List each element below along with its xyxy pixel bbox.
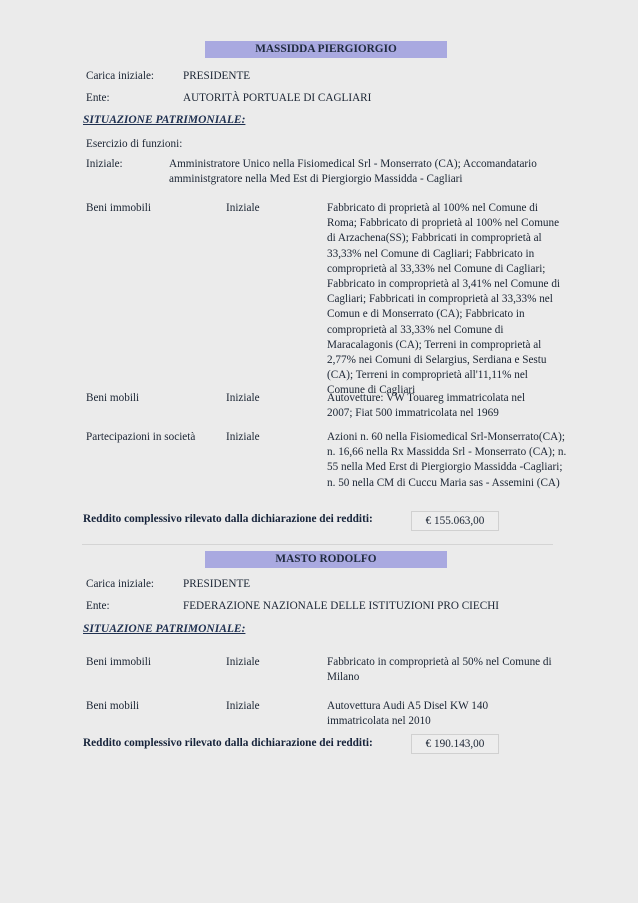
carica-value: PRESIDENTE (183, 578, 250, 590)
person-name-header: MASTO RODOLFO (205, 551, 447, 568)
asset-description: Autovetture: VW Touareg immatricolata ne… (327, 391, 552, 421)
carica-value: PRESIDENTE (183, 70, 250, 82)
ente-value: AUTORITÀ PORTUALE DI CAGLIARI (183, 92, 371, 104)
asset-category: Partecipazioni in società (86, 431, 195, 443)
asset-status: Iniziale (226, 202, 260, 214)
carica-label: Carica iniziale: (86, 70, 154, 82)
ente-value: FEDERAZIONE NAZIONALE DELLE ISTITUZIONI … (183, 600, 499, 612)
iniziale-value-line2: amministgratore nella Med Est di Piergio… (169, 173, 463, 185)
asset-description: Azioni n. 60 nella Fisiomedical Srl-Mons… (327, 430, 567, 491)
section-divider (82, 544, 553, 545)
income-label: Reddito complessivo rilevato dalla dichi… (83, 737, 373, 749)
asset-status: Iniziale (226, 392, 260, 404)
asset-category: Beni mobili (86, 700, 139, 712)
section-title-patrimoniale: SITUAZIONE PATRIMONIALE: (83, 114, 245, 126)
asset-description: Autovettura Audi A5 Disel KW 140 immatri… (327, 699, 507, 729)
asset-status: Iniziale (226, 431, 260, 443)
ente-label: Ente: (86, 600, 110, 612)
person-name-header: MASSIDDA PIERGIORGIO (205, 41, 447, 58)
income-value: € 190.143,00 (411, 734, 499, 754)
ente-label: Ente: (86, 92, 110, 104)
section-title-patrimoniale: SITUAZIONE PATRIMONIALE: (83, 623, 245, 635)
asset-status: Iniziale (226, 700, 260, 712)
asset-category: Beni immobili (86, 202, 151, 214)
asset-description: Fabbricato di proprietà al 100% nel Comu… (327, 201, 565, 399)
income-value: € 155.063,00 (411, 511, 499, 531)
asset-category: Beni mobili (86, 392, 139, 404)
asset-status: Iniziale (226, 656, 260, 668)
asset-description: Fabbricato in comproprietà al 50% nel Co… (327, 655, 562, 685)
carica-label: Carica iniziale: (86, 578, 154, 590)
asset-category: Beni immobili (86, 656, 151, 668)
income-label: Reddito complessivo rilevato dalla dichi… (83, 513, 373, 525)
esercizio-label: Esercizio di funzioni: (86, 138, 182, 150)
iniziale-value-line1: Amministratore Unico nella Fisiomedical … (169, 158, 537, 170)
iniziale-label: Iniziale: (86, 158, 123, 170)
